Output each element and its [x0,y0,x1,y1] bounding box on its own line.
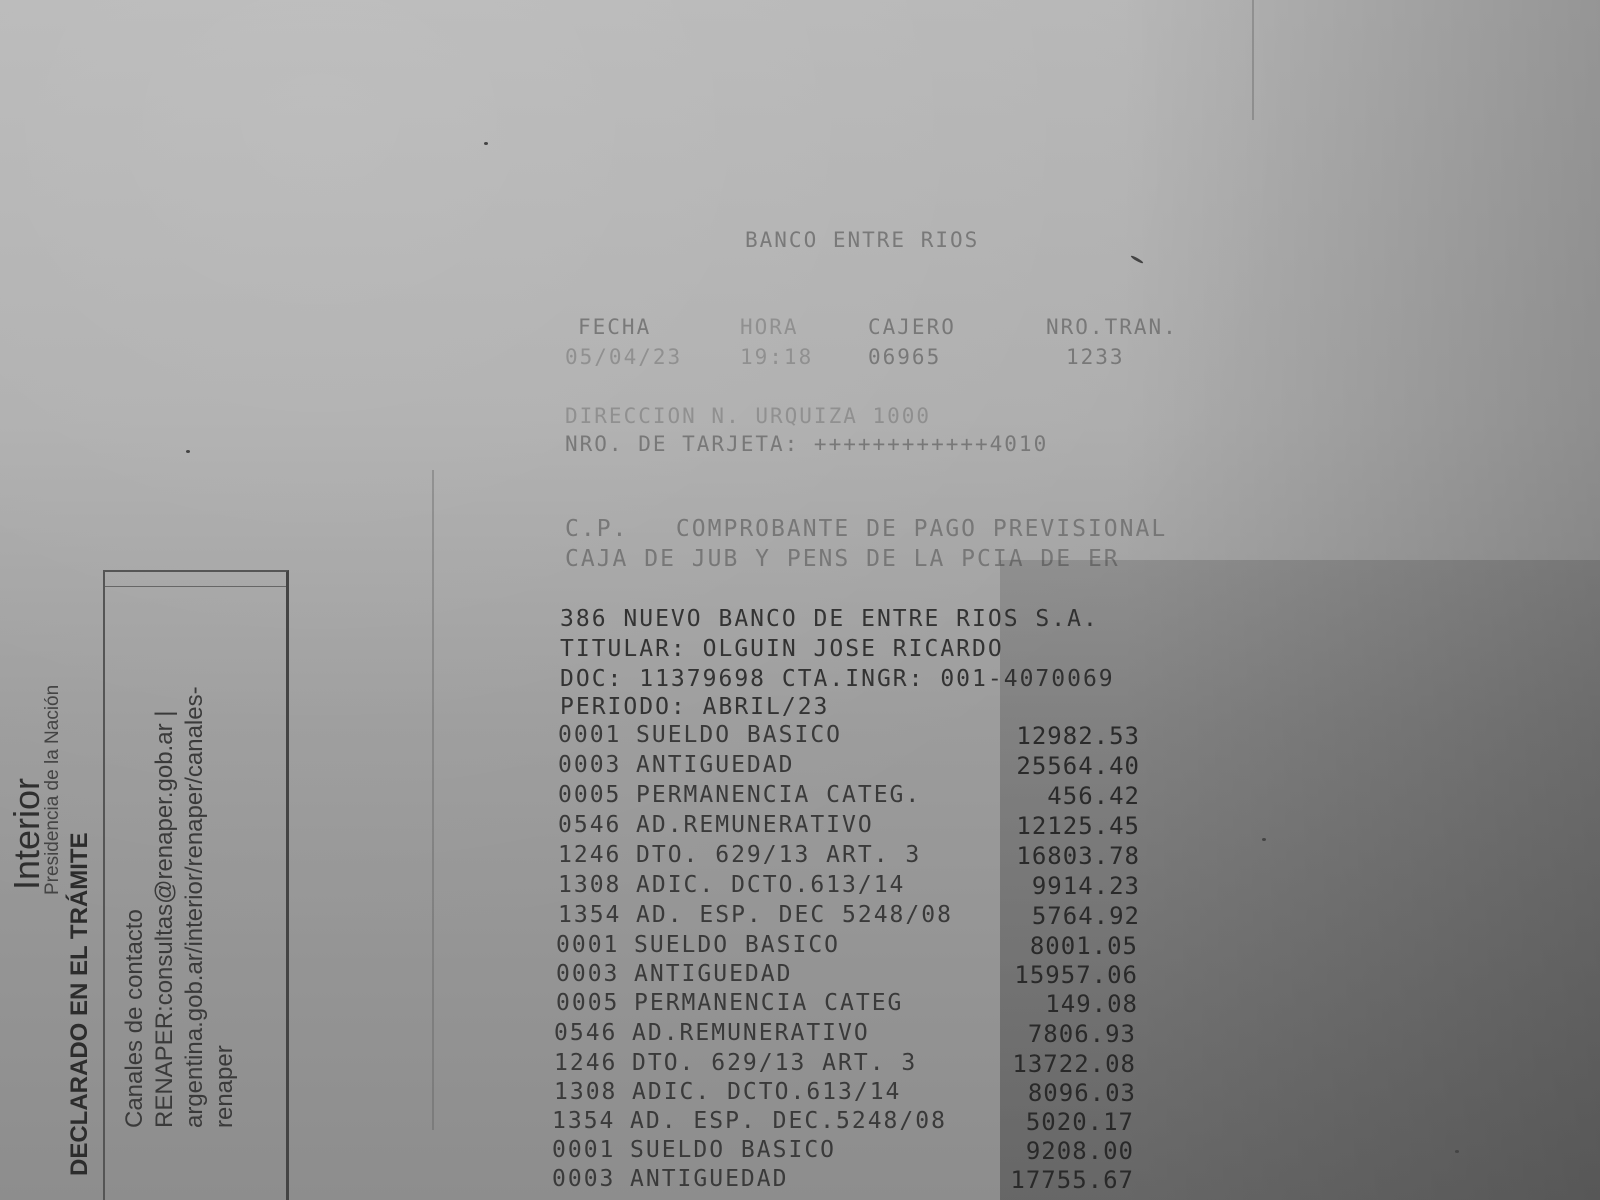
item-desc: SUELDO BASICO [634,932,840,958]
item-code: 0001 [552,1137,615,1163]
item-amount: 8096.03 [956,1079,1136,1107]
value-fecha: 05/04/23 [565,345,682,369]
item-amount: 12125.45 [960,812,1140,840]
item-code: 0003 [556,961,619,987]
speck [186,450,190,453]
bank-title: BANCO ENTRE RIOS [745,228,979,252]
item-amount: 17755.67 [954,1166,1134,1194]
item-amount: 5764.92 [960,902,1140,930]
paper-fold-line [432,470,434,1130]
item-amount: 456.42 [960,782,1140,810]
item-desc: ANTIGUEDAD [636,752,794,778]
speck [1455,1150,1459,1153]
item-desc: PERMANENCIA CATEG [634,990,903,1016]
item-code: 1354 [552,1108,615,1134]
box-divider [105,586,286,587]
item-code: 0001 [556,932,619,958]
item-amount: 12982.53 [960,722,1140,750]
item-desc: AD. ESP. DEC.5248/08 [630,1108,947,1134]
paper-fold-line [1252,0,1254,120]
label-fecha: FECHA [578,315,651,339]
item-code: 0003 [558,752,621,778]
item-amount: 9914.23 [960,872,1140,900]
doc-line: DOC: 11379698 CTA.INGR: 001-4070069 [560,666,1115,692]
bank-receipt: BANCO ENTRE RIOS FECHA HORA CAJERO NRO.T… [440,0,1260,1200]
receipt-title-1: C.P. COMPROBANTE DE PAGO PREVISIONAL [565,516,1167,542]
item-code: 0001 [558,722,621,748]
bank-name-line: 386 NUEVO BANCO DE ENTRE RIOS S.A. [560,606,1099,632]
declared-heading: DECLARADO EN EL TRÁMITE [66,832,94,1176]
item-code: 1308 [554,1079,617,1105]
item-amount: 8001.05 [958,932,1138,960]
item-desc: ANTIGUEDAD [634,961,792,987]
item-desc: AD. ESP. DEC 5248/08 [636,902,953,928]
item-code: 1354 [558,902,621,928]
item-desc: DTO. 629/13 ART. 3 [632,1050,917,1076]
item-desc: PERMANENCIA CATEG. [636,782,921,808]
value-nro-tran: 1233 [1066,345,1125,369]
item-desc: SUELDO BASICO [630,1137,836,1163]
presidency-label: Presidencia de la Nación [42,685,64,895]
item-amount: 5020.17 [954,1108,1134,1136]
item-amount: 13722.08 [956,1050,1136,1078]
label-cajero: CAJERO [868,315,956,339]
item-amount: 25564.40 [960,752,1140,780]
item-desc: ANTIGUEDAD [630,1166,788,1192]
item-desc: AD.REMUNERATIVO [632,1020,870,1046]
value-cajero: 06965 [868,345,941,369]
value-hora: 19:18 [740,345,813,369]
item-amount: 16803.78 [960,842,1140,870]
label-nro-tran: NRO.TRAN. [1046,315,1178,339]
item-amount: 15957.06 [958,961,1138,989]
contact-box: Canales de contacto RENAPER:consultas@re… [103,570,289,1200]
contact-email: RENAPER:consultas@renaper.gob.ar | [151,711,179,1128]
receipt-title-2: CAJA DE JUB Y PENS DE LA PCIA DE ER [565,546,1120,572]
label-hora: HORA [740,315,799,339]
item-code: 0546 [554,1020,617,1046]
contact-title: Canales de contacto [121,909,149,1128]
item-amount: 149.08 [958,990,1138,1018]
item-code: 1246 [558,842,621,868]
contact-url: argentina.gob.ar/interior/renaper/canale… [181,686,209,1128]
item-amount: 9208.00 [954,1137,1134,1165]
item-desc: SUELDO BASICO [636,722,842,748]
speck [484,142,488,145]
item-desc: AD.REMUNERATIVO [636,812,874,838]
item-code: 0003 [552,1166,615,1192]
item-code: 0005 [558,782,621,808]
item-desc: ADIC. DCTO.613/14 [632,1079,901,1105]
address-line: DIRECCION N. URQUIZA 1000 [565,404,931,428]
item-amount: 7806.93 [956,1020,1136,1048]
card-number-line: NRO. DE TARJETA: ++++++++++++4010 [565,432,1048,456]
contact-url-cont: renaper [211,1045,239,1128]
titular-line: TITULAR: OLGUIN JOSE RICARDO [560,636,1004,662]
item-desc: ADIC. DCTO.613/14 [636,872,905,898]
item-code: 1308 [558,872,621,898]
item-code: 0005 [556,990,619,1016]
item-desc: DTO. 629/13 ART. 3 [636,842,921,868]
item-code: 1246 [554,1050,617,1076]
speck [1262,838,1266,841]
item-code: 0546 [558,812,621,838]
periodo-line: PERIODO: ABRIL/23 [560,694,829,720]
